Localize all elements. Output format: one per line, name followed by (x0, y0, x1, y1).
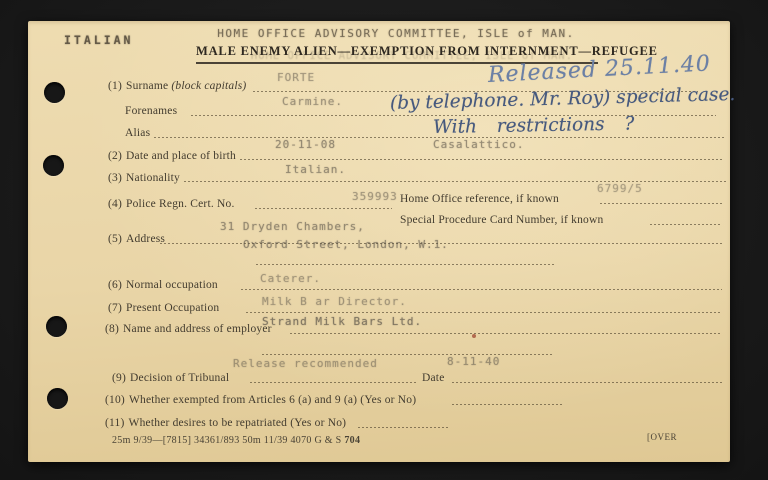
punch-hole (44, 82, 65, 103)
field-label-forenames: Forenames (125, 105, 177, 117)
field-label-police-cert: (4)Police Regn. Cert. No. (108, 198, 235, 210)
field-value-surname: FORTE (277, 71, 315, 84)
form-rule (241, 288, 722, 290)
field-label-tribunal-date: Date (422, 372, 445, 384)
field-value-address-line1: 31 Dryden Chambers, (220, 220, 365, 233)
form-rule (600, 202, 722, 204)
form-rule (452, 381, 722, 383)
handwritten-telephone-note: (by telephone. Mr. Roy) special case. (390, 84, 736, 114)
form-rule (246, 311, 722, 313)
field-value-normal-occupation: Caterer. (260, 272, 321, 285)
field-value-nationality: Italian. (285, 163, 346, 176)
field-label-normal-occupation: (6)Normal occupation (108, 279, 218, 291)
field-label-articles: (10)Whether exempted from Articles 6 (a)… (105, 394, 416, 406)
form-rule (290, 332, 722, 334)
form-rule (184, 180, 726, 182)
printer-imprint: 25m 9/39—[7815] 34361/893 50m 11/39 4070… (112, 435, 360, 446)
over-marker: [OVER (647, 432, 677, 442)
field-label-home-office-ref: Home Office reference, if known (400, 193, 559, 205)
punch-hole (47, 388, 68, 409)
field-value-forenames: Carmine. (282, 95, 343, 108)
nationality-stamp: ITALIAN (64, 33, 133, 47)
field-label-special-procedure: Special Procedure Card Number, if known (400, 214, 603, 226)
punch-hole (43, 155, 64, 176)
field-label-surname: (1)Surname (block capitals) (108, 80, 246, 92)
field-value-tribunal-decision: Release recommended (233, 357, 378, 370)
form-rule (240, 158, 724, 160)
field-label-employer: (8)Name and address of employer (105, 323, 272, 335)
field-label-repatriation: (11)Whether desires to be repatriated (Y… (105, 417, 346, 429)
typed-committee-header: HOME OFFICE ADVISORY COMMITTEE, ISLE of … (200, 27, 592, 40)
field-value-police-cert: 359993 (352, 190, 398, 203)
field-value-birth-date: 20-11-08 (275, 138, 336, 151)
field-value-address-line2: Oxford Street, London, W.1. (243, 238, 449, 251)
field-label-address: (5)Address (108, 233, 165, 245)
ink-speck (472, 334, 476, 338)
form-rule (256, 263, 556, 265)
field-value-present-occupation: Milk B ar Director. (262, 295, 407, 308)
field-value-birth-place: Casalattico. (433, 138, 524, 151)
punch-hole (46, 316, 67, 337)
form-rule (358, 426, 450, 428)
field-label-present-occupation: (7)Present Occupation (108, 302, 219, 314)
field-value-home-office-ref: 6799/5 (597, 182, 643, 195)
form-rule (255, 207, 392, 209)
form-rule (452, 403, 564, 405)
form-rule (650, 223, 722, 225)
field-label-tribunal: (9)Decision of Tribunal (112, 372, 229, 384)
form-rule (262, 353, 552, 355)
tribunal-exemption-card: ITALIAN HOME OFFICE ADVISORY COMMITTEE, … (28, 21, 730, 462)
field-label-alias: Alias (125, 127, 150, 139)
field-label-birth: (2)Date and place of birth (108, 150, 236, 162)
field-label-nationality: (3)Nationality (108, 172, 180, 184)
form-rule (250, 381, 418, 383)
field-value-employer: Strand Milk Bars Ltd. (262, 315, 422, 328)
field-value-tribunal-date: 8-11-40 (447, 355, 500, 368)
handwritten-restrictions-note: With restrictions ? (433, 113, 635, 138)
